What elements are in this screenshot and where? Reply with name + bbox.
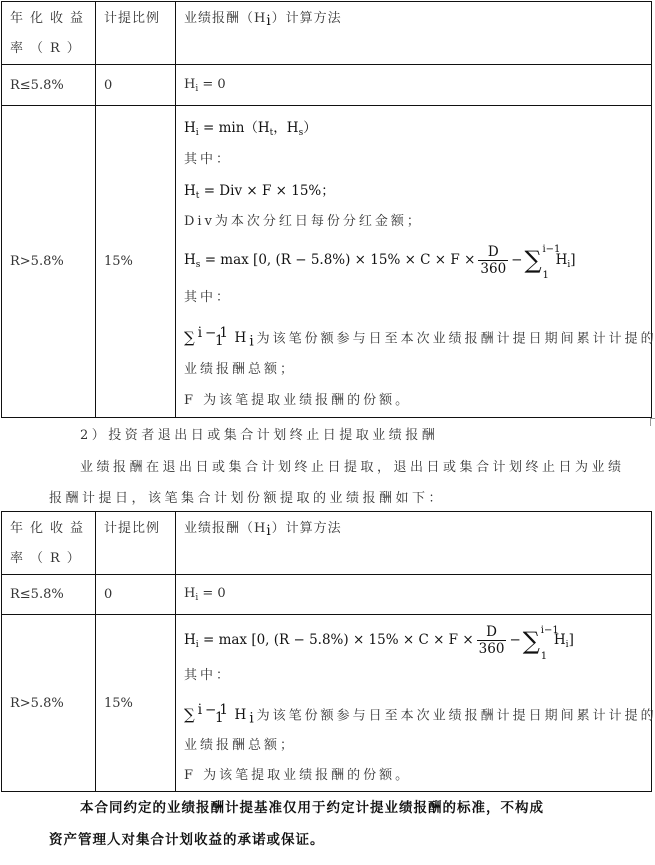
formula-hi-max: Hi = max [0, (R − 5.8%) × 15% × C × F ×D… (184, 618, 651, 662)
header-annual-rate: 年化收益率（R） (2, 512, 96, 575)
header-method: 业绩报酬（Hi）计算方法 (176, 512, 652, 575)
page-corner-mark (650, 418, 655, 426)
fee-table-dividend: 年化收益率（R） 计提比例 业绩报酬（Hi）计算方法 R≤5.8% 0 Hi =… (1, 1, 652, 418)
table-header-row: 年化收益率（R） 计提比例 业绩报酬（Hi）计算方法 (2, 2, 652, 65)
paragraph-line: 业绩报酬在退出日或集合计划终止日提取，退出日或集合计划终止日为业绩 (80, 456, 625, 475)
rate-cell: R>5.8% (2, 106, 96, 418)
formula-hi-min: Hi = min（Ht，Hs） (184, 111, 651, 145)
disclaimer-line: 本合同约定的业绩报酬计提基准仅用于约定计提业绩报酬的标准，不构成 (80, 796, 544, 816)
header-ratio: 计提比例 (96, 2, 176, 65)
sigma-icon: ∑i−11 (523, 629, 540, 653)
header-annual-rate: 年化收益率（R） (2, 2, 96, 65)
table-row: R>5.8% 15% Hi = min（Ht，Hs） 其中： Ht = Div … (2, 106, 652, 418)
sigma-definition: ∑i−11Hi为该笔份额参与日至本次业绩报酬计提日期间累计计提的 (184, 690, 651, 730)
ratio-cell: 0 (96, 65, 176, 106)
f-definition: F 为该笔提取业绩报酬的份额。 (184, 762, 651, 790)
formula-cell: Hi = max [0, (R − 5.8%) × 15% × C × F ×D… (176, 615, 652, 792)
sigma-definition: ∑i−11Hi为该笔份额参与日至本次业绩报酬计提日期间累计计提的 (184, 313, 651, 353)
where-label: 其中： (184, 662, 651, 690)
ratio-cell: 15% (96, 106, 176, 418)
header-method: 业绩报酬（Hi）计算方法 (176, 2, 652, 65)
sigma-icon: ∑i−11 (524, 248, 541, 272)
table-row: R≤5.8% 0 Hi = 0 (2, 575, 652, 615)
sigma-definition-cont: 业绩报酬总额； (184, 353, 651, 387)
formula-ht: Ht = Div × F × 15%； (184, 175, 651, 207)
ratio-cell: 0 (96, 575, 176, 615)
table-header-row: 年化收益率（R） 计提比例 业绩报酬（Hi）计算方法 (2, 512, 652, 575)
where-label: 其中： (184, 145, 651, 175)
rate-cell: R>5.8% (2, 615, 96, 792)
rate-cell: R≤5.8% (2, 65, 96, 106)
formula-cell: Hi = 0 (176, 65, 652, 106)
fraction-d-360: D360 (477, 624, 507, 657)
formula-hs: Hs = max [0, (R − 5.8%) × 15% × C × F ×D… (184, 237, 651, 283)
disclaimer-line: 资产管理人对集合计划收益的承诺或保证。 (49, 828, 325, 848)
where-label: 其中： (184, 283, 651, 313)
f-definition: F 为该笔提取业绩报酬的份额。 (184, 387, 651, 415)
sigma-definition-cont: 业绩报酬总额； (184, 730, 651, 762)
header-ratio: 计提比例 (96, 512, 176, 575)
section-heading: 2）投资者退出日或集合计划终止日提取业绩报酬 (80, 424, 438, 443)
div-definition: Div为本次分红日每份分红金额； (184, 207, 651, 237)
table-row: R>5.8% 15% Hi = max [0, (R − 5.8%) × 15%… (2, 615, 652, 792)
formula-cell: Hi = min（Ht，Hs） 其中： Ht = Div × F × 15%； … (176, 106, 652, 418)
fee-table-exit: 年化收益率（R） 计提比例 业绩报酬（Hi）计算方法 R≤5.8% 0 Hi =… (1, 511, 652, 792)
rate-cell: R≤5.8% (2, 575, 96, 615)
formula-cell: Hi = 0 (176, 575, 652, 615)
ratio-cell: 15% (96, 615, 176, 792)
paragraph-line: 报酬计提日，该笔集合计划份额提取的业绩报酬如下： (49, 487, 445, 506)
table-row: R≤5.8% 0 Hi = 0 (2, 65, 652, 106)
fraction-d-360: D360 (478, 244, 508, 277)
